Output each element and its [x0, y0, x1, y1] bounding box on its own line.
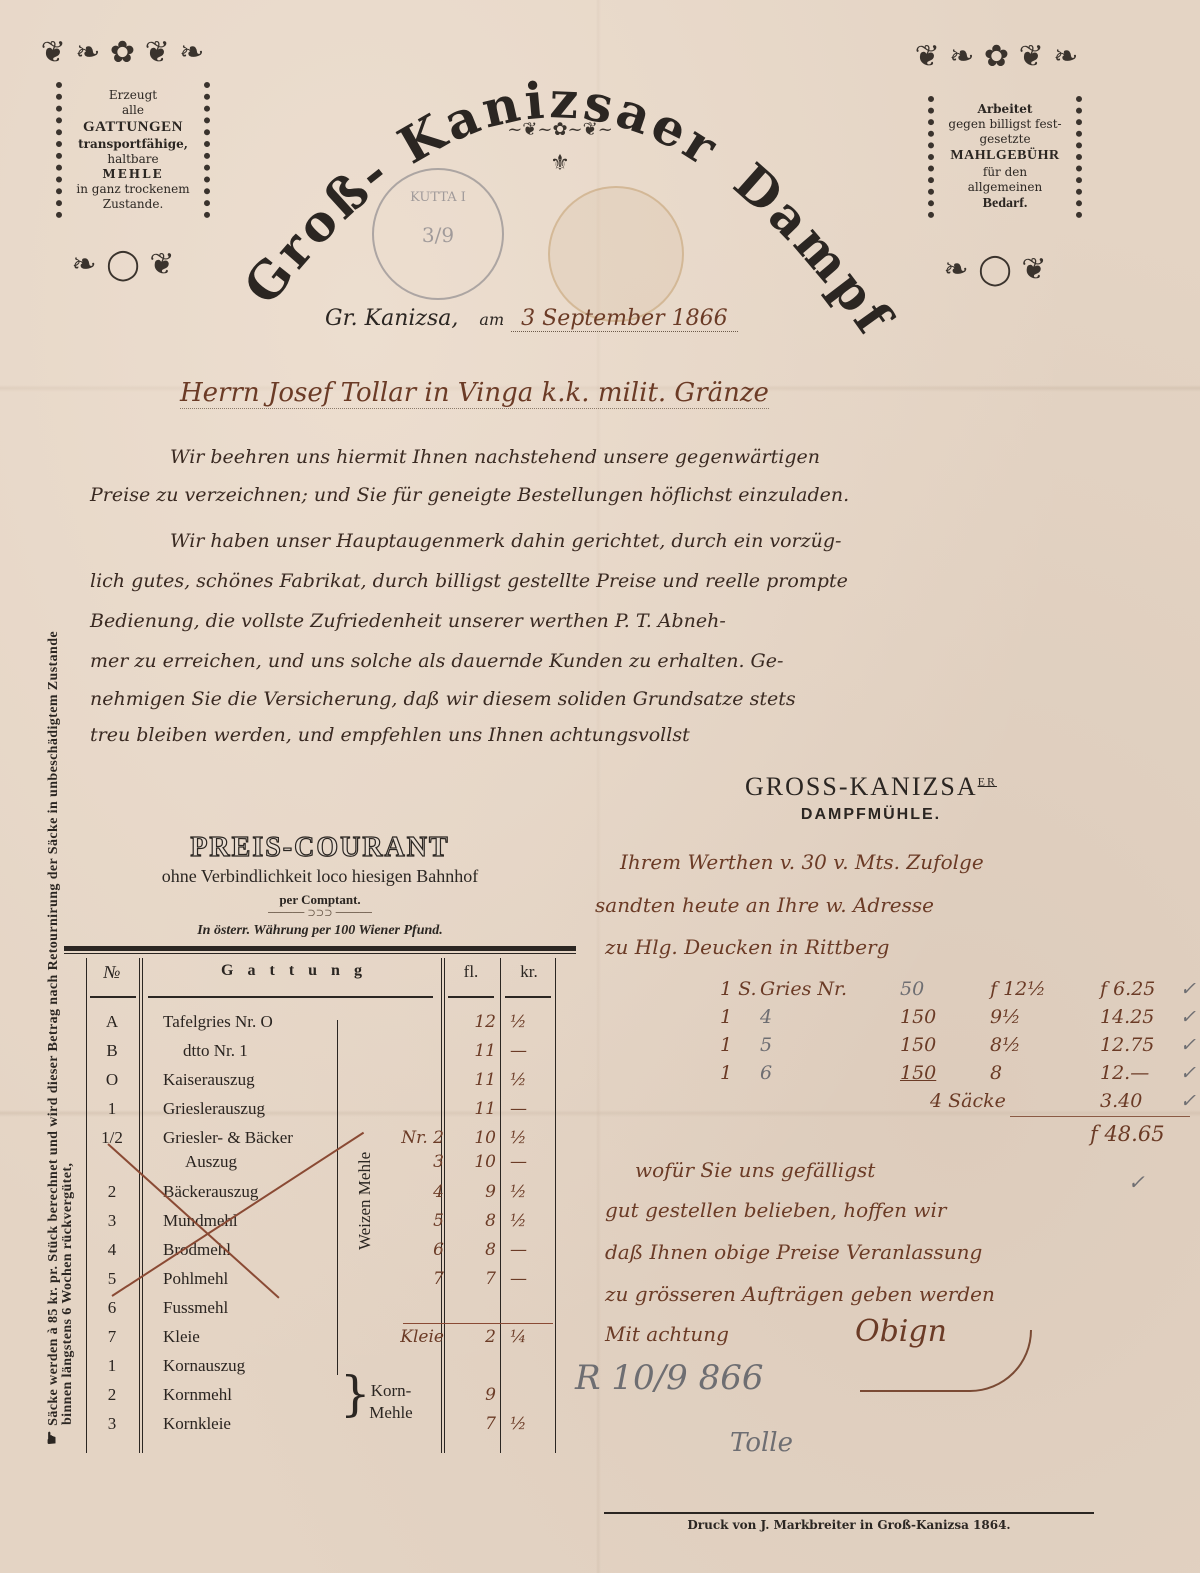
- para2-line4: mer zu erreichen, und uns solche als dau…: [90, 650, 783, 672]
- check-icon: ✓: [1180, 1006, 1196, 1028]
- row-fl: 2: [446, 1327, 496, 1347]
- left-box-line3: GATTUNGEN: [68, 118, 198, 137]
- stamp-left-text: KUTTA I: [374, 190, 502, 205]
- side-note-line1: ☛ Säcke werden à 85 kr. pr. Stück berech…: [42, 631, 62, 1445]
- item-qty: 1: [720, 1062, 732, 1084]
- pointing-hand-icon: ☛: [44, 1426, 61, 1445]
- left-box-line2: alle: [68, 103, 198, 118]
- price-list-currency-note: In österr. Währung per 100 Wiener Pfund.: [100, 923, 540, 939]
- date-line: Gr. Kanizsa, am 3 September 1866: [325, 306, 738, 331]
- row-fl: 10: [446, 1152, 496, 1172]
- left-box-line8: Zustande.: [68, 197, 198, 212]
- item-weight: 150: [900, 1006, 936, 1028]
- order-line3: zu Hlg. Deucken in Rittberg: [605, 935, 889, 959]
- row-kr: ½: [510, 1128, 560, 1148]
- row-kr: —: [510, 1041, 560, 1061]
- row-note: 3: [364, 1152, 444, 1172]
- row-name: Fussmehl: [163, 1298, 363, 1318]
- right-box-line4: MAHLGEBÜHR: [940, 147, 1070, 165]
- item-rate: 8½: [990, 1034, 1021, 1056]
- row-kr: ½: [510, 1414, 560, 1434]
- right-top-flourish-icon: ❦ ❧ ✿ ❦ ❧: [914, 42, 1079, 72]
- side-note-line2: binnen längstens 6 Wochen rückvergütet,: [60, 1163, 76, 1425]
- center-drop-ornament-icon: ⚜: [550, 151, 570, 176]
- row-name: Kornkleie: [163, 1414, 363, 1434]
- para2-line5: nehmigen Sie die Versicherung, daß wir d…: [90, 688, 796, 710]
- left-corner-box: Erzeugt alle GATTUNGEN transportfähige, …: [56, 82, 210, 218]
- item-weight: 50: [900, 978, 924, 1000]
- item-amount: 12.75: [1100, 1034, 1154, 1056]
- left-bottom-flourish-icon: ❧ ◯ ❦: [38, 250, 208, 280]
- table-row: 3Mundmehl58½: [64, 1211, 574, 1240]
- row-no: 3: [92, 1414, 132, 1434]
- check-icon: ✓: [1180, 1090, 1196, 1112]
- price-list-subtitle: ohne Verbindlichkeit loco hiesigen Bahnh…: [100, 866, 540, 887]
- header-underline: [148, 996, 433, 998]
- closing-line2: gut gestellen belieben, hoffen wir: [605, 1198, 946, 1222]
- item-amount: 3.40: [1100, 1090, 1142, 1112]
- para2-line6: treu bleiben werden, und empfehlen uns I…: [90, 724, 690, 746]
- postmark-stamp-right: [548, 186, 684, 322]
- center-ornament-icon: ~❦~✿~❦~: [507, 119, 613, 140]
- order-line2: sandten heute an Ihre w. Adresse: [595, 893, 934, 917]
- date-handwritten: 3 September 1866: [511, 306, 738, 332]
- row-kr: ½: [510, 1211, 560, 1231]
- row-kr: ½: [510, 1012, 560, 1032]
- signature-line2: DAMPFMÜHLE.: [736, 806, 1006, 824]
- item-desc: 4 Säcke: [930, 1090, 1006, 1112]
- right-box-line5: für den: [940, 165, 1070, 180]
- row-kr: —: [510, 1240, 560, 1260]
- item-desc: 5: [760, 1034, 772, 1056]
- row-fl: 7: [446, 1269, 496, 1289]
- row-name: Kornauszug: [163, 1356, 363, 1376]
- item-weight: 150: [900, 1034, 936, 1056]
- item-rate: 9½: [990, 1006, 1021, 1028]
- closing-line1: wofür Sie uns gefälligst: [635, 1158, 875, 1182]
- row-kr: —: [510, 1099, 560, 1119]
- order-total: f 48.65: [1090, 1122, 1165, 1146]
- item-rate: f 12½: [990, 978, 1046, 1000]
- row-fl: 9: [446, 1182, 496, 1202]
- row-kr: ½: [510, 1070, 560, 1090]
- closing-line5: Mit achtung: [605, 1322, 729, 1346]
- row-name: dtto Nr. 1: [163, 1041, 383, 1061]
- pencil-note-line1: R 10/9 866: [575, 1358, 763, 1398]
- table-row: 5Pohlmehl77—: [64, 1269, 574, 1298]
- item-qty: 1 S.: [720, 978, 757, 1000]
- printed-signature: GROSS-KANIZSAER DAMPFMÜHLE.: [736, 772, 1006, 824]
- item-qty: 1: [720, 1006, 732, 1028]
- header-no: №: [94, 962, 130, 983]
- check-icon: ✓: [1180, 978, 1196, 1000]
- left-box-line7: in ganz trockenem: [68, 182, 198, 197]
- row-no: 7: [92, 1327, 132, 1347]
- table-row: Bdtto Nr. 111—: [64, 1041, 574, 1070]
- signature-line1-sup: ER: [978, 774, 997, 788]
- header-underline: [90, 996, 136, 998]
- price-list-title: PREIS-COURANT: [100, 832, 540, 864]
- header-name: G a t t u n g: [154, 962, 434, 980]
- para2-line1: Wir haben unser Hauptaugenmerk dahin ger…: [170, 530, 841, 552]
- row-name: Tafelgries Nr. O: [163, 1012, 363, 1032]
- signature-line1: GROSS-KANIZSA: [745, 772, 978, 801]
- row-no: 1: [92, 1099, 132, 1119]
- row-no: 1/2: [92, 1128, 132, 1148]
- letterhead-title: Groß- Kanizsaer Dampfmühle. ~❦~✿~❦~ ⚜: [220, 30, 900, 350]
- row-fl: 12: [446, 1012, 496, 1032]
- row-note: Nr. 2: [364, 1128, 444, 1148]
- left-box-line4: transportfähige,: [68, 137, 198, 152]
- item-qty: 1: [720, 1034, 732, 1056]
- row-fl: 10: [446, 1128, 496, 1148]
- group-label-korn-1: Korn-: [356, 1380, 426, 1402]
- group-label-korn: Korn- Mehle: [356, 1380, 426, 1424]
- row-fl: 7: [446, 1414, 496, 1434]
- right-corner-box: Arbeitet gegen billigst fest- gesetzte M…: [928, 96, 1082, 218]
- row-no: 6: [92, 1298, 132, 1318]
- row-no: A: [92, 1012, 132, 1032]
- table-top-rule-thin: [64, 953, 576, 954]
- row-name: Griesler- & Bäcker: [163, 1128, 363, 1148]
- row-note: 6: [364, 1240, 444, 1260]
- left-box-line5: haltbare: [68, 152, 198, 167]
- table-row: OKaiserauszug11½: [64, 1070, 574, 1099]
- table-header: № G a t t u n g fl. kr.: [64, 962, 576, 992]
- printer-line: Druck von J. Markbreiter in Groß-Kanizsa…: [604, 1518, 1094, 1532]
- row-name: Auszug: [163, 1152, 385, 1172]
- price-table-body: ATafelgries Nr. O12½ Bdtto Nr. 111— OKai…: [64, 1012, 576, 1452]
- svg-text:Groß- Kanizsaer Da: Groß- Kanizsaer Dampfmühle.: [220, 30, 900, 347]
- row-note: 7: [364, 1269, 444, 1289]
- table-top-rule: [64, 946, 576, 951]
- order-line1: Ihrem Werthen v. 30 v. Mts. Zufolge: [620, 850, 984, 874]
- left-box-line6: MEHLE: [68, 167, 198, 182]
- date-prefix: am: [479, 310, 504, 329]
- side-note-text-1: Säcke werden à 85 kr. pr. Stück berechne…: [46, 631, 61, 1426]
- row-fl: 11: [446, 1099, 496, 1119]
- row-no: 2: [92, 1385, 132, 1405]
- item-desc: 6: [760, 1062, 772, 1084]
- row-kr: ¼: [510, 1327, 560, 1347]
- table-row: 2Bäckerauszug49½: [64, 1182, 574, 1211]
- postmark-stamp-left: KUTTA I 3/9: [372, 168, 504, 300]
- header-fl: fl.: [446, 962, 496, 982]
- row-kr: ½: [510, 1182, 560, 1202]
- item-amount: f 6.25: [1100, 978, 1155, 1000]
- row-kr: —: [510, 1269, 560, 1289]
- table-total-rule: [403, 1323, 553, 1324]
- right-box-line1: Arbeitet: [940, 102, 1070, 117]
- right-box-line3: gesetzte: [940, 132, 1070, 147]
- row-name: Kornmehl: [163, 1385, 363, 1405]
- table-row: Auszug310—: [64, 1152, 574, 1181]
- item-desc: 4: [760, 1006, 772, 1028]
- para1-line1: Wir beehren uns hiermit Ihnen nachstehen…: [170, 446, 820, 468]
- para2-line3: Bedienung, die vollste Zufriedenheit uns…: [90, 610, 726, 632]
- item-amount: 12.—: [1100, 1062, 1149, 1084]
- group-label-korn-2: Mehle: [356, 1402, 426, 1424]
- table-row: 1Gries­lerauszug11—: [64, 1099, 574, 1128]
- stamp-left-date: 3/9: [374, 223, 502, 247]
- total-rule: [1010, 1116, 1190, 1117]
- right-box-line6: allgemeinen: [940, 180, 1070, 195]
- row-note: 5: [364, 1211, 444, 1231]
- row-no: 3: [92, 1211, 132, 1231]
- right-box-line2: gegen billigst fest-: [940, 117, 1070, 132]
- row-name: Kleie: [163, 1327, 363, 1347]
- closing-check-icon: ✓: [1128, 1170, 1145, 1194]
- salutation: Herrn Josef Tollar in Vinga k.k. milit. …: [180, 378, 769, 409]
- table-row: 7KleieKleie2¼: [64, 1327, 574, 1356]
- row-no: B: [92, 1041, 132, 1061]
- place-label: Gr. Kanizsa,: [325, 306, 458, 331]
- check-icon: ✓: [1180, 1062, 1196, 1084]
- row-name: Gries­lerauszug: [163, 1099, 363, 1119]
- table-row: 1Kornauszug: [64, 1356, 574, 1385]
- para1-line2: Preise zu verzeichnen; und Sie für genei…: [90, 484, 849, 506]
- printer-rule: [604, 1512, 1094, 1514]
- item-weight: 150: [900, 1062, 936, 1084]
- price-list-terms: per Comptant.: [100, 892, 540, 908]
- right-bottom-flourish-icon: ❧ ◯ ❦: [910, 255, 1080, 285]
- divider-ornament-icon: ────── ⊃⊃⊃ ──────: [100, 908, 540, 919]
- price-list-header: PREIS-COURANT ohne Verbindlichkeit loco …: [100, 832, 540, 939]
- row-name: Pohlmehl: [163, 1269, 363, 1289]
- item-rate: 8: [990, 1062, 1002, 1084]
- para2-line2: lich gutes, schönes Fabrikat, durch bill…: [90, 570, 848, 592]
- row-fl: 8: [446, 1211, 496, 1231]
- table-row: 3Kornkleie7½: [64, 1414, 574, 1443]
- header-underline: [448, 996, 494, 998]
- closing-line3: daß Ihnen obige Preise Veranlassung: [605, 1240, 982, 1264]
- item-desc: Gries Nr.: [760, 978, 847, 1000]
- header-kr: kr.: [504, 962, 554, 982]
- row-fl: 8: [446, 1240, 496, 1260]
- signature-flourish: [860, 1330, 1032, 1392]
- table-row: 2Kornmehl9: [64, 1385, 574, 1414]
- row-fl: 9: [446, 1385, 496, 1405]
- row-no: 2: [92, 1182, 132, 1202]
- closing-line4: zu grösseren Aufträgen geben werden: [605, 1282, 995, 1306]
- row-name: Kaiserauszug: [163, 1070, 363, 1090]
- row-note: 4: [364, 1182, 444, 1202]
- header-underline: [505, 996, 551, 998]
- item-amount: 14.25: [1100, 1006, 1154, 1028]
- left-box-line1: Erzeugt: [68, 88, 198, 103]
- row-no: O: [92, 1070, 132, 1090]
- group-label-weizen: Weizen Mehle: [355, 1152, 375, 1250]
- left-top-flourish-icon: ❦ ❧ ✿ ❦ ❧: [40, 38, 205, 68]
- row-no: 1: [92, 1356, 132, 1376]
- table-row: 4Brodmehl68—: [64, 1240, 574, 1269]
- row-fl: 11: [446, 1041, 496, 1061]
- row-kr: —: [510, 1152, 560, 1172]
- right-box-line7: Bedarf.: [940, 195, 1070, 213]
- row-fl: 11: [446, 1070, 496, 1090]
- pencil-note-line2: Tolle: [730, 1428, 793, 1458]
- row-note: Kleie: [364, 1327, 444, 1347]
- row-no: 4: [92, 1240, 132, 1260]
- check-icon: ✓: [1180, 1034, 1196, 1056]
- table-row: ATafelgries Nr. O12½: [64, 1012, 574, 1041]
